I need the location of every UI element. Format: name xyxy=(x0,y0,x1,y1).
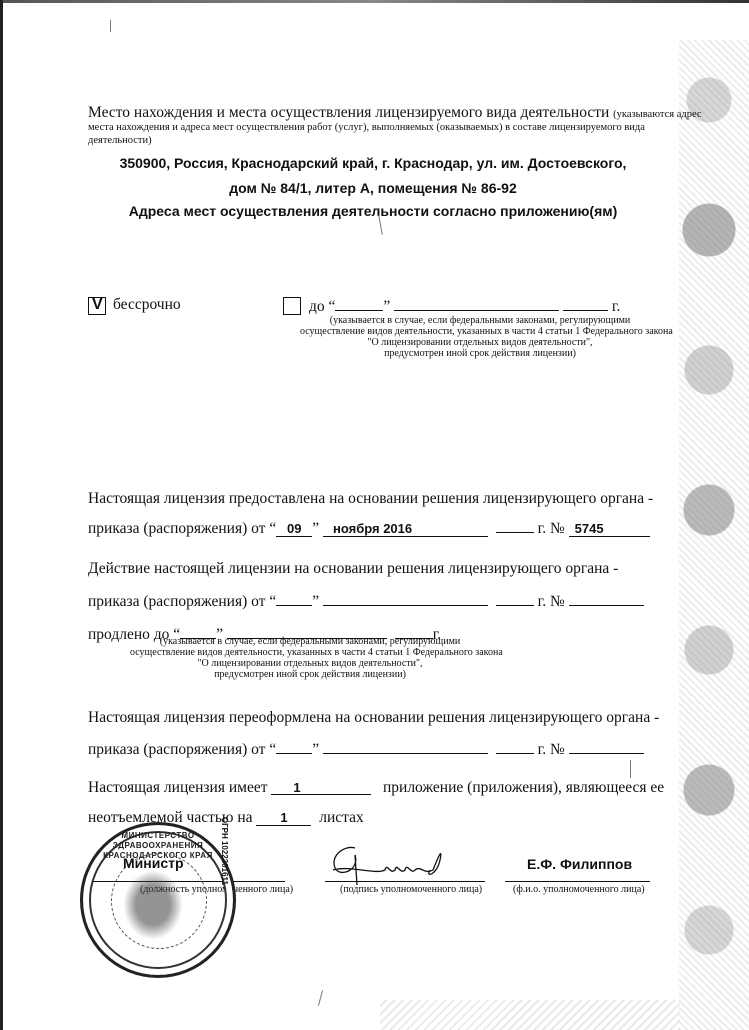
sheets-suffix: листах xyxy=(319,809,364,826)
authorized-person-name: Е.Ф. Филиппов xyxy=(527,856,632,872)
reissued-order-row: приказа (распоряжения) от “” г. № xyxy=(88,739,644,759)
extended-day-field[interactable] xyxy=(276,591,312,606)
checkmark-icon: V xyxy=(92,296,103,314)
open-quote: “ xyxy=(329,298,336,315)
validity-note-line4: предусмотрен иной срок действия лицензии… xyxy=(300,348,660,359)
order-prefix: приказа (распоряжения) от xyxy=(88,593,265,610)
appendix-sheets-field[interactable]: 1 xyxy=(256,811,311,826)
scan-mark xyxy=(318,990,323,1006)
location-heading-note: (указываются адрес xyxy=(613,109,701,120)
until-date-row: до “” г. xyxy=(309,296,620,316)
extended-order-row: приказа (распоряжения) от “” г. № xyxy=(88,591,644,611)
page-edge-top xyxy=(0,0,749,3)
unlimited-checkbox[interactable]: V xyxy=(88,297,106,315)
until-label: до xyxy=(309,298,325,315)
number-label: г. № xyxy=(538,741,565,758)
extended-note: (указывается в случае, если федеральными… xyxy=(130,636,490,680)
unlimited-label: бессрочно xyxy=(113,296,181,314)
name-line xyxy=(505,881,650,882)
extended-number-field[interactable] xyxy=(569,591,644,606)
extended-year-blank[interactable] xyxy=(496,591,534,606)
validity-note: (указывается в случае, если федеральными… xyxy=(300,315,660,359)
position-value: Министр xyxy=(123,855,184,871)
page-edge-left xyxy=(0,0,3,1030)
reissued-line1: Настоящая лицензия переоформлена на осно… xyxy=(88,709,659,727)
granted-order-row: приказа (распоряжения) от “09” ноября 20… xyxy=(88,518,650,538)
order-prefix: приказа (распоряжения) от xyxy=(88,741,265,758)
reissued-number-field[interactable] xyxy=(569,739,644,754)
coat-of-arms-icon xyxy=(123,870,183,940)
extended-note-line4: предусмотрен иной срок действия лицензии… xyxy=(130,669,490,680)
validity-note-line2: осуществление видов деятельности, указан… xyxy=(300,326,660,337)
close-quote: ” xyxy=(312,520,319,537)
until-day-field[interactable] xyxy=(335,296,383,311)
extended-note-line2: осуществление видов деятельности, указан… xyxy=(130,647,490,658)
extended-note-line1: (указывается в случае, если федеральными… xyxy=(130,636,490,647)
validity-note-line3: "О лицензировании отдельных видов деятел… xyxy=(300,337,660,348)
extended-note-line3: "О лицензировании отдельных видов деятел… xyxy=(130,658,490,669)
signature-icon xyxy=(325,840,455,890)
location-heading: Место нахождения и места осуществления л… xyxy=(88,104,702,122)
close-quote: ” xyxy=(312,593,319,610)
address-line-1: 350900, Россия, Краснодарский край, г. К… xyxy=(88,155,658,171)
reissued-month-year-field[interactable] xyxy=(323,739,488,754)
appendix-prefix: Настоящая лицензия имеет xyxy=(88,779,267,796)
year-suffix: г. xyxy=(612,298,620,315)
reissued-year-blank[interactable] xyxy=(496,739,534,754)
location-heading-note-line3: деятельности) xyxy=(88,135,152,146)
address-line-3: Адреса мест осуществления деятельности с… xyxy=(88,203,658,219)
granted-number-field[interactable]: 5745 xyxy=(569,522,650,537)
validity-note-line1: (указывается в случае, если федеральными… xyxy=(300,315,660,326)
order-prefix: приказа (распоряжения) от xyxy=(88,520,265,537)
number-label: г. № xyxy=(538,520,565,537)
scan-mark xyxy=(110,20,111,32)
granted-line1: Настоящая лицензия предоставлена на осно… xyxy=(88,490,653,508)
address-line-2: дом № 84/1, литер А, помещения № 86-92 xyxy=(88,180,658,196)
appendix-row: Настоящая лицензия имеет 1 приложение (п… xyxy=(88,779,664,797)
scan-mark xyxy=(630,760,631,778)
name-caption: (ф.и.о. уполномоченного лица) xyxy=(513,884,645,895)
extended-line1: Действие настоящей лицензии на основании… xyxy=(88,560,618,578)
decorative-border-bottom xyxy=(380,1000,680,1030)
close-quote: ” xyxy=(312,741,319,758)
number-label: г. № xyxy=(538,593,565,610)
appendix-count-field[interactable]: 1 xyxy=(271,781,371,795)
stamp-ogrn: ОГРН 1022301611 xyxy=(220,817,229,885)
granted-year-blank[interactable] xyxy=(496,518,534,533)
decorative-border-right xyxy=(679,40,749,1030)
granted-month-year-field[interactable]: ноября 2016 xyxy=(323,522,488,537)
location-heading-note-line2: места нахождения и адреса мест осуществл… xyxy=(88,122,645,133)
extended-month-year-field[interactable] xyxy=(323,591,488,606)
granted-day-field[interactable]: 09 xyxy=(276,522,312,537)
open-quote: “ xyxy=(269,520,276,537)
until-month-field[interactable] xyxy=(394,296,559,311)
official-stamp: МИНИСТЕРСТВО ЗДРАВООХРАНЕНИЯ КРАСНОДАРСК… xyxy=(80,822,236,978)
appendix-middle-text: приложение (приложения), являющееся ее xyxy=(383,779,664,796)
location-heading-text: Место нахождения и места осуществления л… xyxy=(88,104,609,121)
close-quote: ” xyxy=(383,298,390,315)
open-quote: “ xyxy=(269,741,276,758)
reissued-day-field[interactable] xyxy=(276,739,312,754)
open-quote: “ xyxy=(269,593,276,610)
until-checkbox[interactable] xyxy=(283,297,301,315)
until-year-field[interactable] xyxy=(563,296,608,311)
